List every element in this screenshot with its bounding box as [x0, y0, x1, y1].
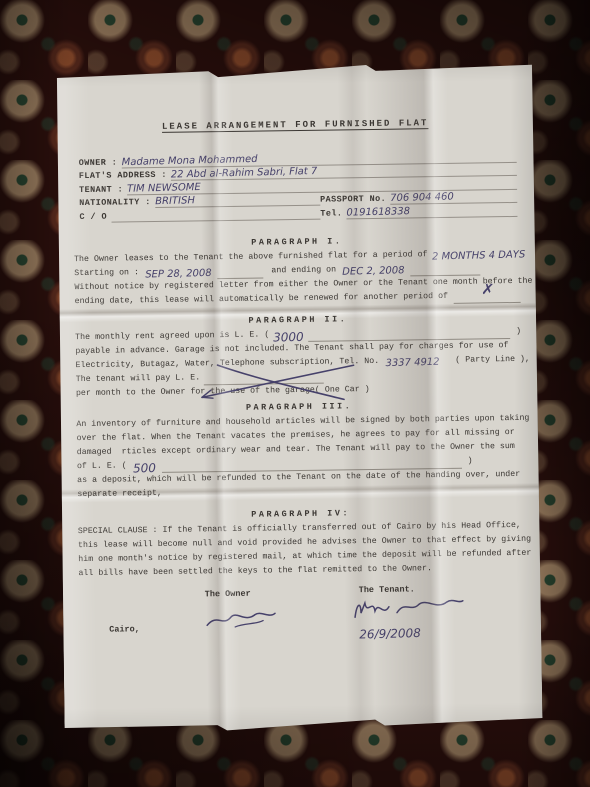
owner-label: OWNER : — [79, 156, 118, 169]
renewal-cross-mark: ✗ — [482, 285, 495, 294]
paragraph3-line4-close: ) — [468, 455, 473, 469]
paragraph1-body: The Owner leases to the Tenant the above… — [74, 247, 521, 309]
signature-block: The Owner The Tenant. Cairo, 26/9/2008 — [63, 579, 543, 726]
tenant-value-handwritten: TIM NEWSOME — [127, 182, 201, 194]
paragraph4-body: SPECIAL CLAUSE : If the Tenant is offici… — [78, 519, 525, 581]
tel-value-handwritten: 0191618338 — [346, 207, 410, 219]
co-cell: C / O — [79, 207, 320, 222]
address-value-handwritten: 22 Abd al-Rahim Sabri, Flat 7 — [171, 167, 318, 181]
phone-number-handwritten: 3337 4912 — [385, 358, 439, 369]
document-content: LEASE ARRANGEMENT FOR FURNISHED FLAT OWN… — [55, 61, 542, 736]
owner-value-handwritten: Madame Mona Mohammed — [121, 154, 257, 167]
lease-document-paper: LEASE ARRANGEMENT FOR FURNISHED FLAT OWN… — [55, 61, 542, 736]
paragraph2-body: The monthly rent agreed upon is L. E. ( … — [75, 325, 522, 401]
passport-value-handwritten: 706 904 460 — [390, 192, 454, 204]
document-title: LEASE ARRANGEMENT FOR FURNISHED FLAT — [56, 117, 534, 134]
owner-signature-label: The Owner — [205, 589, 251, 600]
paragraph2-line5-text: per month to the Owner for the use of th… — [76, 383, 370, 401]
photo-of-lease-document: { "doc": { "title": "LEASE ARRANGEMENT F… — [0, 0, 590, 787]
nationality-blank-line: BRITISH — [155, 195, 321, 208]
paragraph3-line6-text: separate receipt, — [77, 487, 162, 502]
owner-signature — [201, 604, 281, 635]
end-date-handwritten: DEC 2, 2008 — [342, 266, 405, 278]
party-line-text: ( Party Line ), — [455, 353, 530, 368]
place-label: Cairo, — [109, 624, 140, 634]
passport-label: PASSPORT No. — [320, 193, 386, 206]
starting-on-label: Starting on : — [74, 266, 139, 281]
tenant-signature-date: 26/9/2008 — [359, 628, 421, 640]
tel-blank-line: 0191618338 — [346, 205, 517, 218]
tenant-label: TENANT : — [79, 183, 123, 196]
paragraph3-line4-text: of L. E. ( — [77, 459, 127, 474]
nationality-label: NATIONALITY : — [79, 196, 151, 209]
co-blank-line — [111, 218, 320, 222]
nationality-value-handwritten: BRITISH — [155, 196, 195, 207]
address-label: FLAT'S ADDRESS : — [79, 169, 167, 182]
passport-blank-line: 706 904 460 — [390, 192, 517, 205]
tel-label: Tel. — [320, 207, 342, 219]
tenant-signature — [349, 592, 469, 628]
paragraph3-body: An inventory of furniture and household … — [76, 412, 523, 502]
paragraph2-line1-close: ) — [516, 325, 521, 339]
renewal-period-blank: ✗ — [454, 293, 521, 304]
start-date-blank — [217, 268, 263, 279]
start-date-handwritten: SEP 28, 2008 — [145, 269, 212, 281]
header-fields: OWNER : Madame Mona Mohammed FLAT'S ADDR… — [79, 149, 518, 223]
co-label: C / O — [79, 210, 107, 222]
ending-on-label: and ending on — [271, 263, 336, 278]
deposit-amount-handwritten: 500 — [133, 463, 156, 474]
rent-amount-handwritten: 3000 — [273, 332, 304, 343]
tel-cell: Tel. 0191618338 — [320, 204, 517, 219]
